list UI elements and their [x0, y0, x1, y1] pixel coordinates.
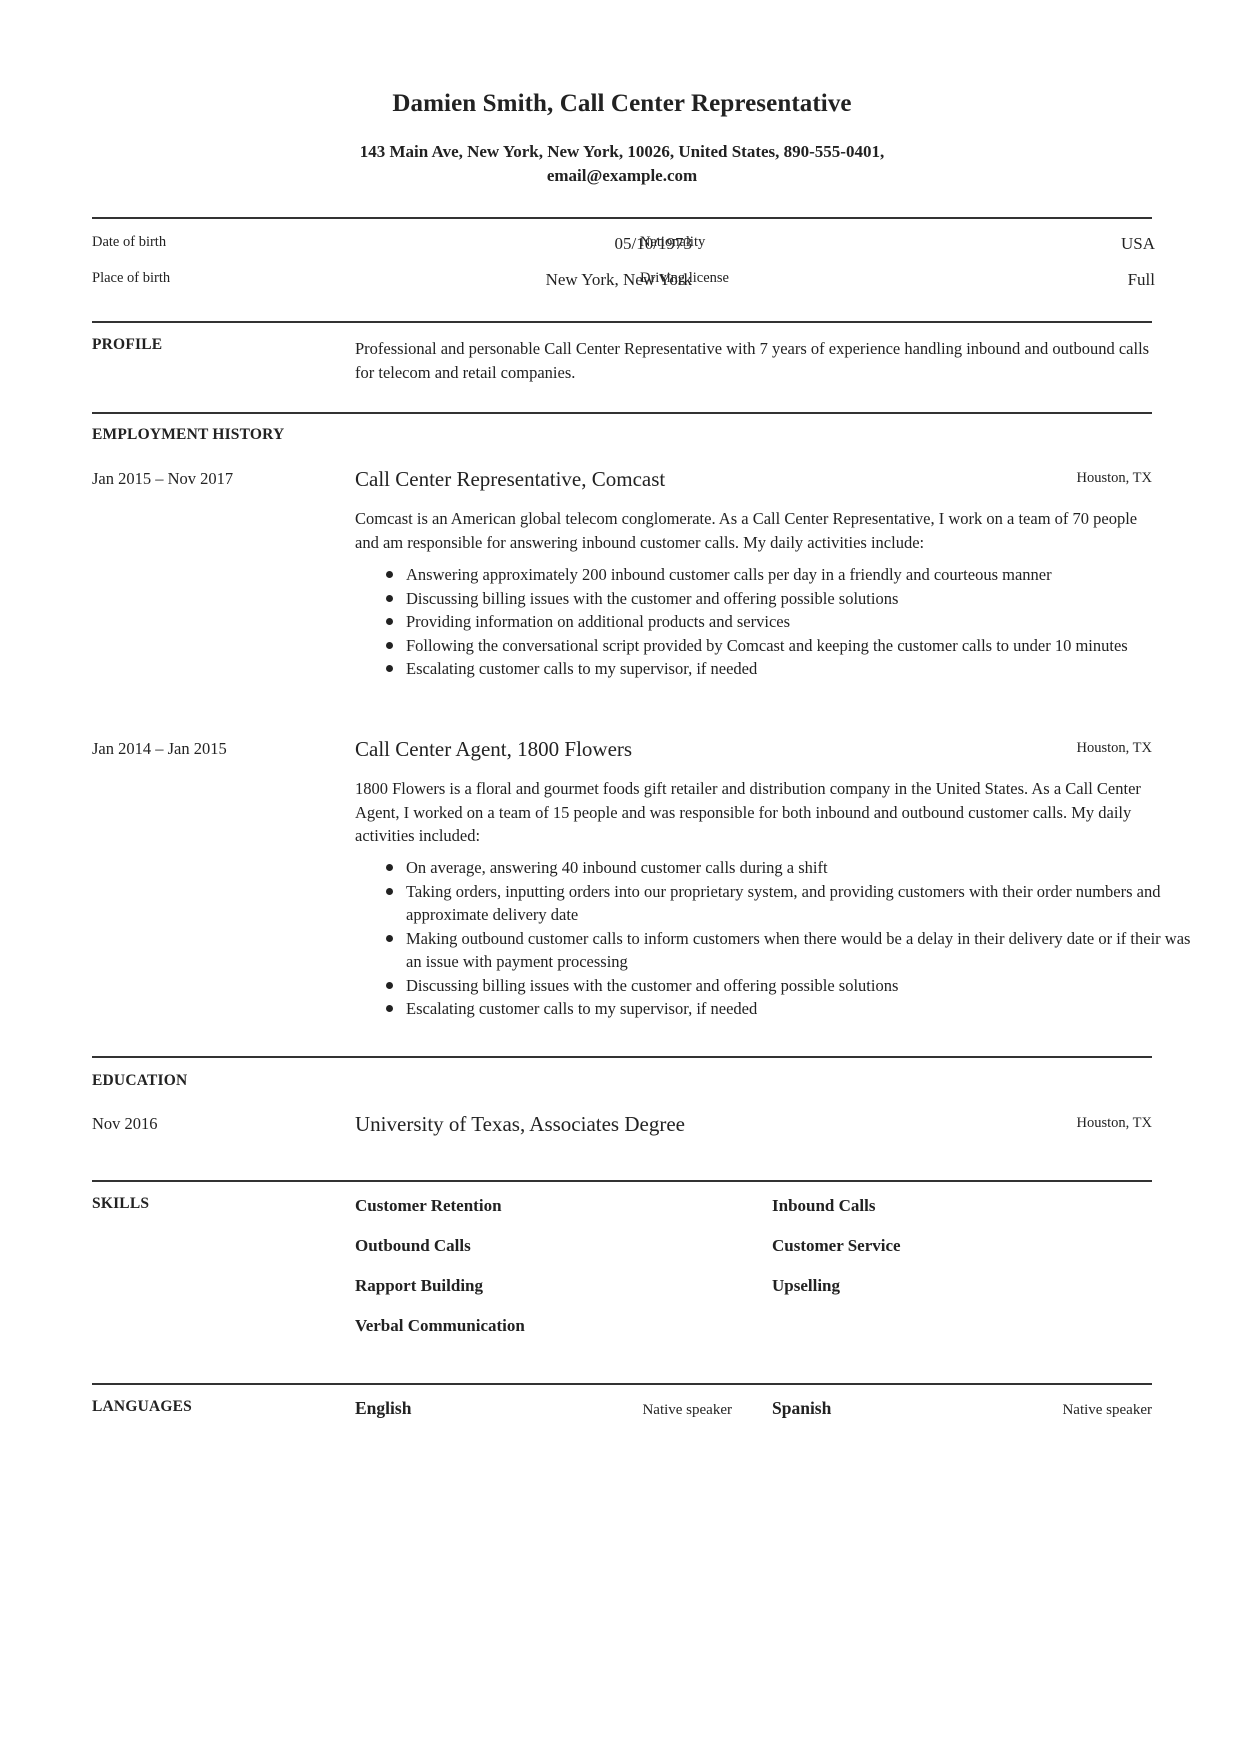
duty-item: Escalating customer calls to my supervis…: [406, 657, 1206, 681]
divider: [92, 1180, 1152, 1182]
job-title: Call Center Representative, Comcast: [355, 467, 665, 492]
duty-item: Discussing billing issues with the custo…: [406, 974, 1206, 998]
duty-item: Taking orders, inputting orders into our…: [406, 880, 1206, 927]
driving-license-value: Full: [1128, 270, 1155, 290]
employment-heading: EMPLOYMENT HISTORY: [92, 426, 284, 444]
education-date: Nov 2016: [92, 1114, 158, 1134]
job-description: 1800 Flowers is a floral and gourmet foo…: [355, 777, 1155, 848]
job-duties: Answering approximately 200 inbound cust…: [355, 563, 1206, 681]
job-duties: On average, answering 40 inbound custome…: [355, 856, 1206, 1021]
contact-email: email@example.com: [92, 164, 1152, 188]
job-location: Houston, TX: [1077, 470, 1152, 487]
driving-license-label: Driving license: [640, 270, 729, 287]
divider: [92, 412, 1152, 414]
duty-item: Making outbound customer calls to inform…: [406, 927, 1206, 974]
skill-item: Rapport Building: [355, 1276, 483, 1296]
job-dates: Jan 2015 – Nov 2017: [92, 469, 233, 489]
skills-heading: SKILLS: [92, 1195, 149, 1213]
language-level: Native speaker: [622, 1402, 732, 1419]
duty-item: Providing information on additional prod…: [406, 610, 1206, 634]
place-of-birth-label: Place of birth: [92, 270, 170, 287]
divider: [92, 1056, 1152, 1058]
profile-heading: PROFILE: [92, 336, 162, 354]
language-name: English: [355, 1398, 411, 1419]
resume-title: Damien Smith, Call Center Representative: [92, 90, 1152, 118]
education-location: Houston, TX: [1077, 1115, 1152, 1132]
divider: [92, 321, 1152, 323]
education-heading: EDUCATION: [92, 1072, 187, 1090]
job-location: Houston, TX: [1077, 740, 1152, 757]
divider: [92, 1383, 1152, 1385]
contact-address-phone: 143 Main Ave, New York, New York, 10026,…: [92, 140, 1152, 164]
duty-item: On average, answering 40 inbound custome…: [406, 856, 1206, 880]
skill-item: Outbound Calls: [355, 1236, 471, 1256]
duty-item: Following the conversational script prov…: [406, 634, 1206, 658]
skill-item: Customer Retention: [355, 1196, 502, 1216]
job-description: Comcast is an American global telecom co…: [355, 507, 1155, 554]
language-level: Native speaker: [1062, 1402, 1152, 1419]
profile-text: Professional and personable Call Center …: [355, 337, 1155, 384]
skill-item: Verbal Communication: [355, 1316, 525, 1336]
nationality-label: Nationality: [640, 234, 705, 251]
duty-item: Discussing billing issues with the custo…: [406, 587, 1206, 611]
skill-item: Upselling: [772, 1276, 840, 1296]
duty-item: Escalating customer calls to my supervis…: [406, 997, 1206, 1021]
skill-item: Customer Service: [772, 1236, 901, 1256]
skill-item: Inbound Calls: [772, 1196, 875, 1216]
contact-info: 143 Main Ave, New York, New York, 10026,…: [92, 140, 1152, 188]
language-name: Spanish: [772, 1398, 831, 1419]
nationality-value: USA: [1121, 234, 1155, 254]
job-title: Call Center Agent, 1800 Flowers: [355, 737, 632, 762]
languages-heading: LANGUAGES: [92, 1398, 192, 1416]
duty-item: Answering approximately 200 inbound cust…: [406, 563, 1206, 587]
education-title: University of Texas, Associates Degree: [355, 1112, 685, 1137]
divider: [92, 217, 1152, 219]
date-of-birth-label: Date of birth: [92, 234, 166, 251]
job-dates: Jan 2014 – Jan 2015: [92, 739, 227, 759]
